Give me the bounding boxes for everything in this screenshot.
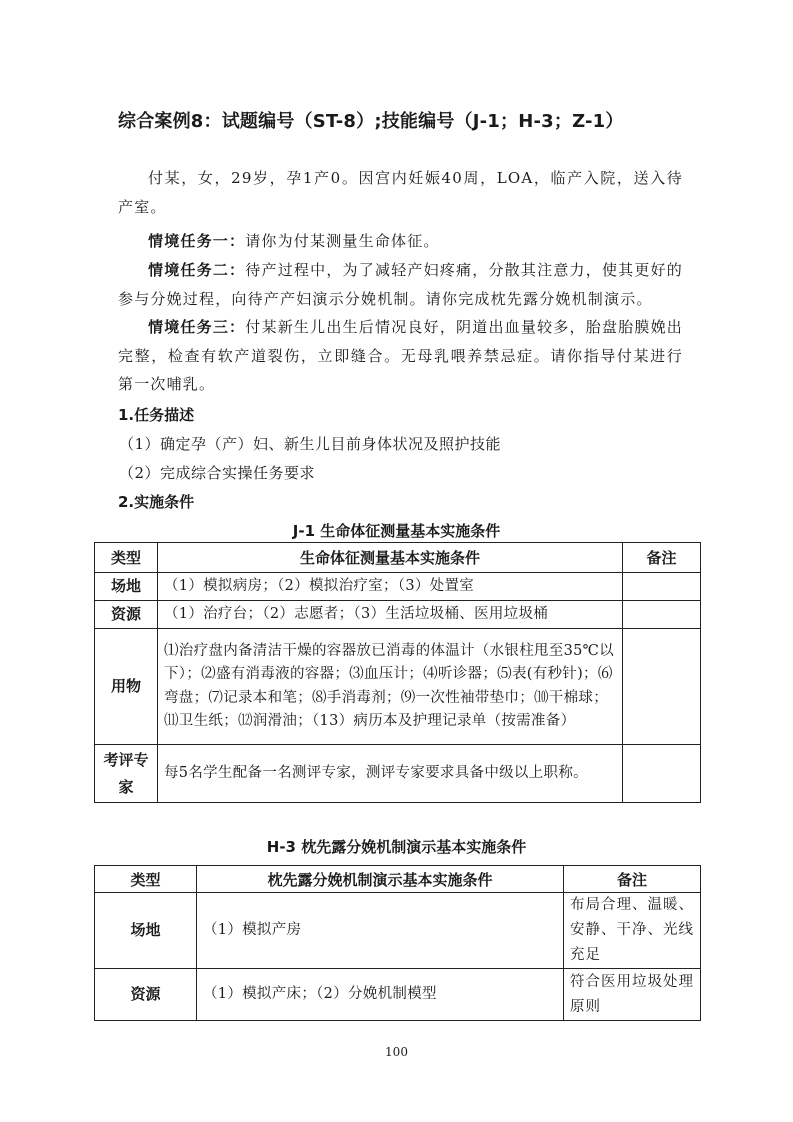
row-note: [623, 745, 701, 803]
column-header: 备注: [564, 866, 701, 893]
column-header: 备注: [623, 543, 701, 573]
table-j1: 类型 生命体征测量基本实施条件 备注 场地 （1）模拟病房；（2）模拟治疗室；（…: [94, 542, 701, 803]
table-h3: 类型 枕先露分娩机制演示基本实施条件 备注 场地 （1）模拟产房 布局合理、温暖…: [94, 865, 701, 1021]
row-content: （1）模拟产床；（2）分娩机制模型: [197, 969, 564, 1021]
page-title: 综合案例8：试题编号（ST-8）;技能编号（J-1；H-3；Z-1）: [118, 107, 624, 133]
row-content: （1）模拟产房: [197, 893, 564, 969]
table-caption-h3: H-3 枕先露分娩机制演示基本实施条件: [94, 836, 699, 857]
row-content: （1）模拟病房；（2）模拟治疗室；（3）处置室: [158, 573, 623, 601]
row-note: [623, 601, 701, 629]
row-type: 考评专家: [95, 745, 158, 803]
column-header: 类型: [95, 866, 197, 893]
scenario-label: 情境任务二：: [148, 261, 245, 279]
column-header: 枕先露分娩机制演示基本实施条件: [197, 866, 564, 893]
scenario-label: 情境任务一：: [148, 232, 245, 250]
row-type: 资源: [95, 601, 158, 629]
table-header-row: 类型 枕先露分娩机制演示基本实施条件 备注: [95, 866, 701, 893]
case-intro: 付某，女，29岁，孕1产0。因宫内妊娠40周，LOA，临产入院，送入待产室。: [118, 164, 683, 221]
scenario-1: 情境任务一：请你为付某测量生命体征。: [118, 227, 683, 256]
table-row: 考评专家 每5名学生配备一名测评专家，测评专家要求具备中级以上职称。: [95, 745, 701, 803]
row-content: （1）治疗台；（2）志愿者；（3）生活垃圾桶、医用垃圾桶: [158, 601, 623, 629]
row-type: 场地: [95, 573, 158, 601]
column-header: 类型: [95, 543, 158, 573]
table-row: 场地 （1）模拟产房 布局合理、温暖、安静、干净、光线充足: [95, 893, 701, 969]
scenario-2: 情境任务二：待产过程中，为了减轻产妇疼痛，分散其注意力，使其更好的参与分娩过程，…: [118, 256, 683, 313]
table-row: 场地 （1）模拟病房；（2）模拟治疗室；（3）处置室: [95, 573, 701, 601]
scenario-3: 情境任务三：付某新生儿出生后情况良好，阴道出血量较多，胎盘胎膜娩出完整，检查有软…: [118, 313, 683, 399]
row-content: ⑴治疗盘内备清洁干燥的容器放已消毒的体温计（水银柱甩至35℃以下）；⑵盛有消毒液…: [158, 629, 623, 745]
table-row: 资源 （1）模拟产床；（2）分娩机制模型 符合医用垃圾处理原则: [95, 969, 701, 1021]
row-note: 符合医用垃圾处理原则: [564, 969, 701, 1021]
row-content: 每5名学生配备一名测评专家，测评专家要求具备中级以上职称。: [158, 745, 623, 803]
table-caption-j1: J-1 生命体征测量基本实施条件: [94, 520, 699, 541]
scenario-label: 情境任务三：: [148, 318, 245, 336]
task-item: （1）确定孕（产）妇、新生儿目前身体状况及照护技能: [119, 433, 501, 454]
row-note: 布局合理、温暖、安静、干净、光线充足: [564, 893, 701, 969]
table-row: 用物 ⑴治疗盘内备清洁干燥的容器放已消毒的体温计（水银柱甩至35℃以下）；⑵盛有…: [95, 629, 701, 745]
row-type: 用物: [95, 629, 158, 745]
section-heading-conditions: 2.实施条件: [118, 491, 194, 512]
column-header: 生命体征测量基本实施条件: [158, 543, 623, 573]
row-type: 场地: [95, 893, 197, 969]
row-note: [623, 629, 701, 745]
page-number: 100: [0, 1045, 793, 1059]
table-row: 资源 （1）治疗台；（2）志愿者；（3）生活垃圾桶、医用垃圾桶: [95, 601, 701, 629]
task-item: （2）完成综合实操任务要求: [119, 462, 315, 483]
scenario-text: 请你为付某测量生命体征。: [245, 232, 439, 250]
row-type: 资源: [95, 969, 197, 1021]
table-header-row: 类型 生命体征测量基本实施条件 备注: [95, 543, 701, 573]
row-note: [623, 573, 701, 601]
section-heading-task-description: 1.任务描述: [118, 404, 194, 425]
